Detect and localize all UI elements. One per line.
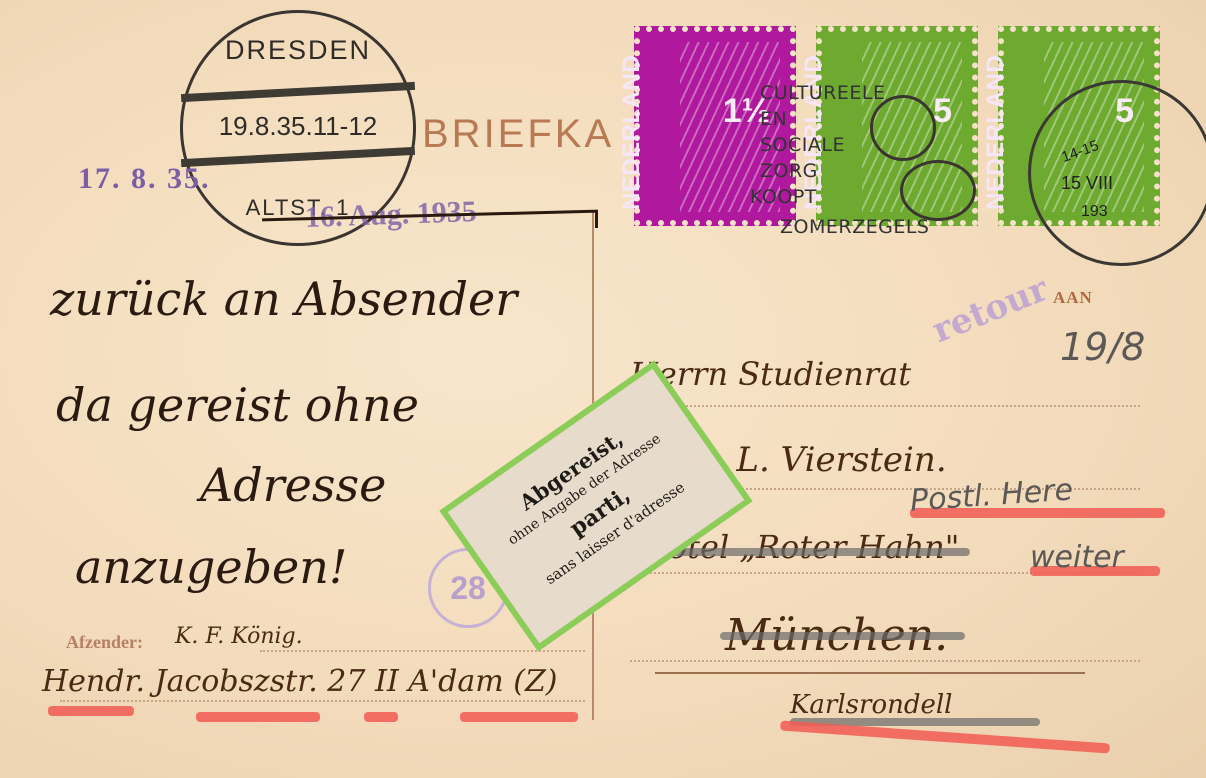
pencil-strike: [720, 632, 965, 640]
postmark-date: 15 VIII: [1061, 173, 1113, 194]
violet-date-stamp-1: 17. 8. 35.: [78, 162, 211, 196]
sender-address: Hendr. Jacobszstr. 27 II A'dam (Z): [42, 664, 558, 699]
red-underline: [460, 712, 578, 722]
address-dotted-line: [630, 405, 1140, 407]
message-line: anzugeben!: [75, 540, 347, 594]
postmark-city: DRESDEN: [183, 35, 413, 66]
amsterdam-postmark: 14-15 15 VIII 193: [1028, 80, 1206, 266]
cancel-ring: [900, 160, 976, 221]
slogan-line: ZOMERZEGELS: [690, 210, 929, 240]
postmark-date: 19.8.35.11-12: [183, 111, 413, 142]
address-rule: [655, 672, 1085, 674]
red-underline: [48, 706, 134, 716]
ink-line-end: [595, 210, 598, 228]
card-title: BRIEFKA: [422, 112, 614, 157]
slogan-line: ZORG: [690, 158, 929, 184]
red-underline: [364, 712, 398, 722]
pencil-date: 19/8: [1060, 325, 1145, 369]
red-underline: [196, 712, 320, 722]
stamp-country: NEDERLAND: [618, 55, 646, 210]
sender-dotted-line: [60, 700, 585, 702]
postcard: BRIEFKA AAN DRESDEN 19.8.35.11-12 ALTST.…: [0, 0, 1206, 778]
address-header: AAN: [1053, 288, 1093, 308]
sender-name: K. F. König.: [175, 624, 303, 649]
retour-stamp: retour: [927, 269, 1054, 351]
slogan-line: KOOPT: [690, 184, 929, 210]
cancel-ring: [870, 95, 936, 161]
postmark-time: 14-15: [1059, 137, 1101, 166]
postmark-band-top: [181, 82, 415, 102]
postmark-band-bottom: [181, 147, 415, 167]
pencil-note: weiter: [1030, 540, 1124, 575]
postmark-year: 193: [1081, 203, 1108, 221]
sender-dotted-line: [260, 650, 585, 652]
stamp-country: NEDERLAND: [982, 55, 1010, 210]
pencil-strike: [640, 548, 970, 556]
message-line: Adresse: [200, 458, 386, 512]
sender-label: Afzender:: [66, 632, 143, 653]
message-line: zurück an Absender: [50, 272, 517, 326]
message-line: da gereist ohne: [56, 378, 419, 432]
recipient-line: Karlsrondell: [790, 690, 953, 720]
